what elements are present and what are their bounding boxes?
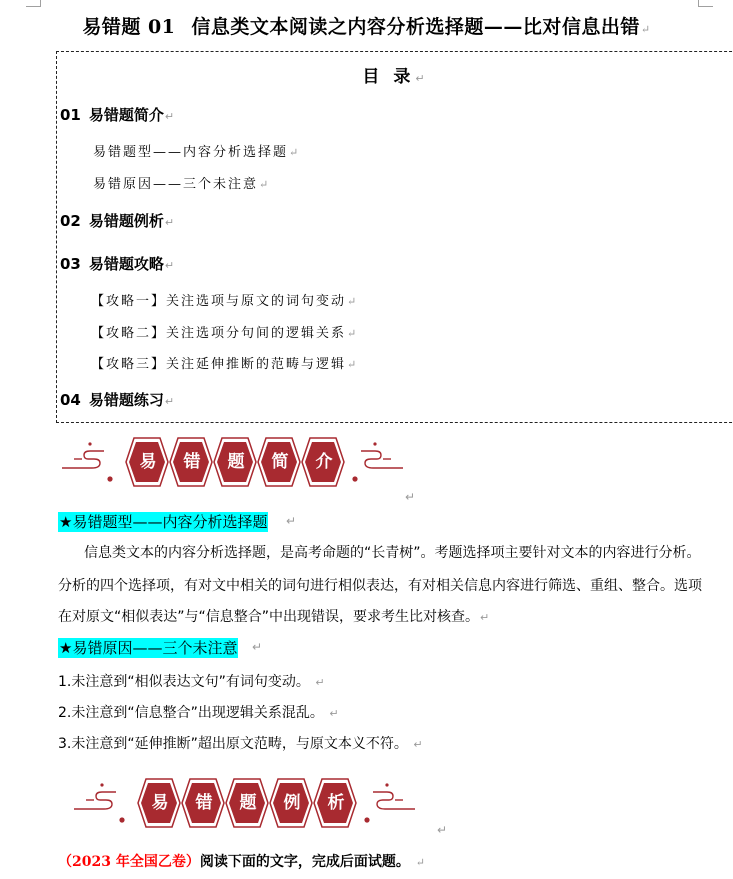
page-corner-mark-right (698, 0, 713, 7)
toc-item[interactable]: 【攻略三】关注延伸推断的范畴与逻辑↵ (91, 353, 358, 372)
toc-title: 目 录↵ (57, 62, 733, 87)
example-intro: （2023 年全国乙卷）阅读下面的文字，完成后面试题。 ↵ (58, 851, 425, 871)
toc-section-01[interactable]: 01易错题简介↵ (60, 104, 174, 125)
list-item: 2.未注意到“信息整合”出现逻辑关系混乱。 ↵ (58, 703, 339, 724)
section-heading-question-type: ★易错题型——内容分析选择题 (58, 512, 268, 532)
paragraph-line: 在对原文“相似表达”与“信息整合”中出现错误，要求考生比对核查。↵ (58, 607, 718, 628)
paragraph-line: 分析的四个选择项，有对文中相关的词句进行相似表达，有对相关信息内容进行筛选、重组… (58, 576, 718, 596)
exam-source: （2023 年全国乙卷） (58, 854, 200, 870)
list-item: 1.未注意到“相似表达文句”有词句变动。 ↵ (58, 672, 325, 693)
paragraph-mark: ↵ (641, 23, 651, 36)
paragraph-mark: ↵ (437, 823, 447, 837)
section-heading-error-causes: ★易错原因——三个未注意 (58, 638, 238, 658)
section-banner-intro: 易 错 题 简 介 (60, 436, 405, 488)
toc-section-04[interactable]: 04易错题练习↵ (60, 389, 174, 410)
toc-item[interactable]: 【攻略一】关注选项与原文的词句变动↵ (91, 290, 358, 309)
toc-section-02[interactable]: 02易错题例析↵ (60, 210, 174, 231)
paragraph-mark: ↵ (405, 490, 415, 504)
toc-section-03[interactable]: 03易错题攻略↵ (60, 253, 174, 274)
list-item: 3.未注意到“延伸推断”超出原文范畴，与原文本义不符。 ↵ (58, 734, 423, 755)
section-banner-examples: 易 错 题 例 析 (72, 777, 417, 829)
page-corner-mark-left (26, 0, 41, 7)
toc-item[interactable]: 易错原因——三个未注意↵ (93, 173, 270, 192)
toc-item[interactable]: 【攻略二】关注选项分句间的逻辑关系↵ (91, 322, 358, 341)
document-title: 易错题 01信息类文本阅读之内容分析选择题——比对信息出错↵ (0, 12, 733, 39)
paragraph-line: 信息类文本的内容分析选择题，是高考命题的“长青树”。考题选择项主要针对文本的内容… (84, 543, 733, 563)
table-of-contents: 目 录↵ 01易错题简介↵ 易错题型——内容分析选择题↵ 易错原因——三个未注意… (56, 51, 733, 423)
toc-item[interactable]: 易错题型——内容分析选择题↵ (93, 141, 300, 160)
example-instruction: 阅读下面的文字，完成后面试题。 (200, 854, 410, 870)
